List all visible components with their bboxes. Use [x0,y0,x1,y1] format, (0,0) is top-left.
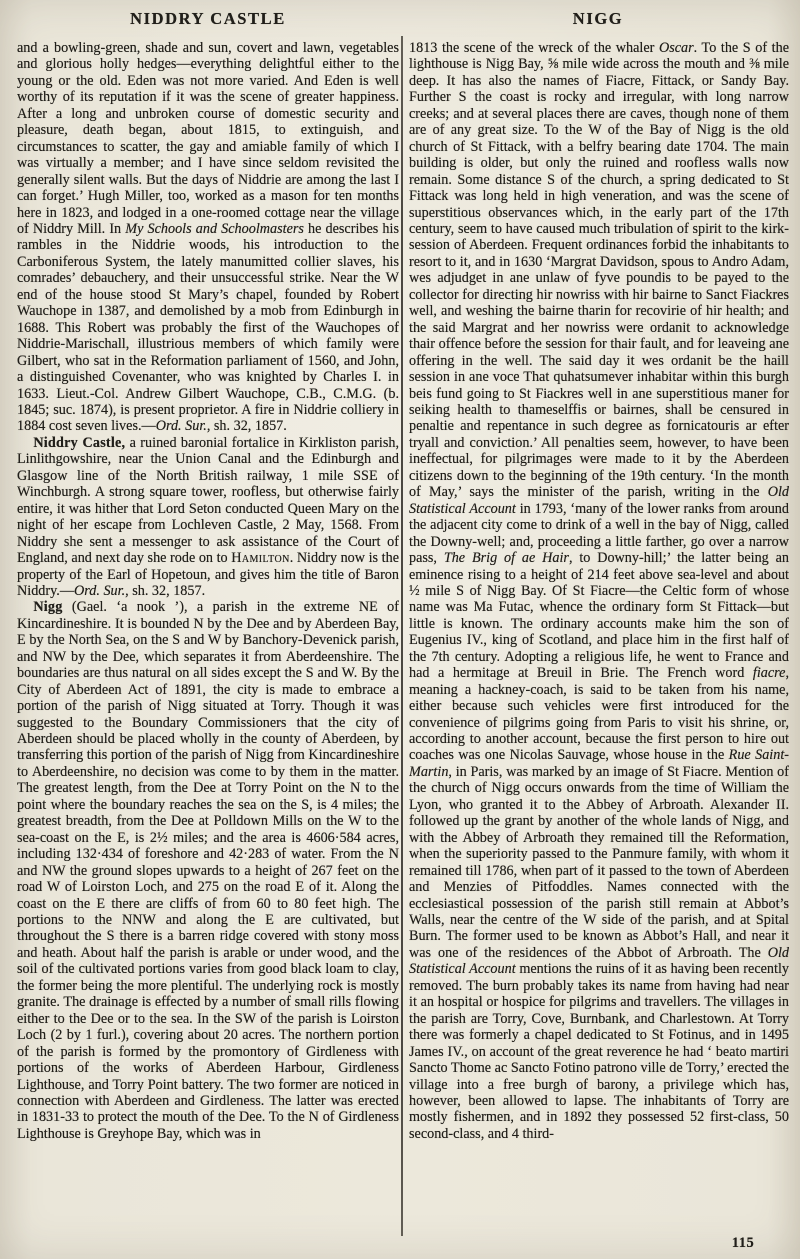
column-divider-rule [401,36,403,1236]
entry-name: Niddry Castle, [33,435,125,451]
text-run: 1813 the scene of the wreck of the whale… [409,40,659,56]
paragraph: Niddry Castle, a ruined baronial fortali… [17,435,399,600]
paragraph: Nigg (Gael. ‘a nook ’), a parish in the … [17,599,399,1142]
text-run: , sh. 32, 1857. [207,418,287,434]
text-run: . To the S of the lighthouse is Nigg Bay… [409,40,789,500]
italic-text: Ord. Sur. [74,583,125,599]
entry-name: Nigg [33,599,62,615]
page-number: 115 [713,1235,773,1252]
text-run: (Gael. ‘a nook ’), a parish in the extre… [17,599,399,1142]
smallcaps-crossref: Hamilton [231,550,289,566]
text-run: mentions the ruins of it as having been … [409,961,789,1142]
column-right: 1813 the scene of the wreck of the whale… [409,40,789,1256]
italic-text: Oscar [659,40,694,56]
running-head-left: NIDDRY CASTLE [16,9,400,29]
italic-text: The Brig of ae Hair [444,550,569,566]
text-run: and a bowling-green, shade and sun, cove… [17,40,399,237]
text-run: he describes his rambles in the Niddrie … [17,221,399,434]
text-run: , in Paris, was marked by an image of St… [409,764,789,961]
text-run: , to Downy-hill;’ the latter being an em… [409,550,789,681]
text-run: a ruined baronial fortalice in Kirklisto… [17,435,399,566]
paragraph: 1813 the scene of the wreck of the whale… [409,40,789,1142]
gazetteer-page: NIDDRY CASTLE NIGG and a bowling-green, … [0,0,800,1259]
paragraph: and a bowling-green, shade and sun, cove… [17,40,399,435]
column-left: and a bowling-green, shade and sun, cove… [17,40,399,1256]
running-head-right: NIGG [408,9,788,29]
italic-text: fiacre [753,665,786,681]
italic-text: My Schools and Schoolmasters [125,221,304,237]
italic-text: Ord. Sur. [156,418,207,434]
text-run: , sh. 32, 1857. [125,583,205,599]
